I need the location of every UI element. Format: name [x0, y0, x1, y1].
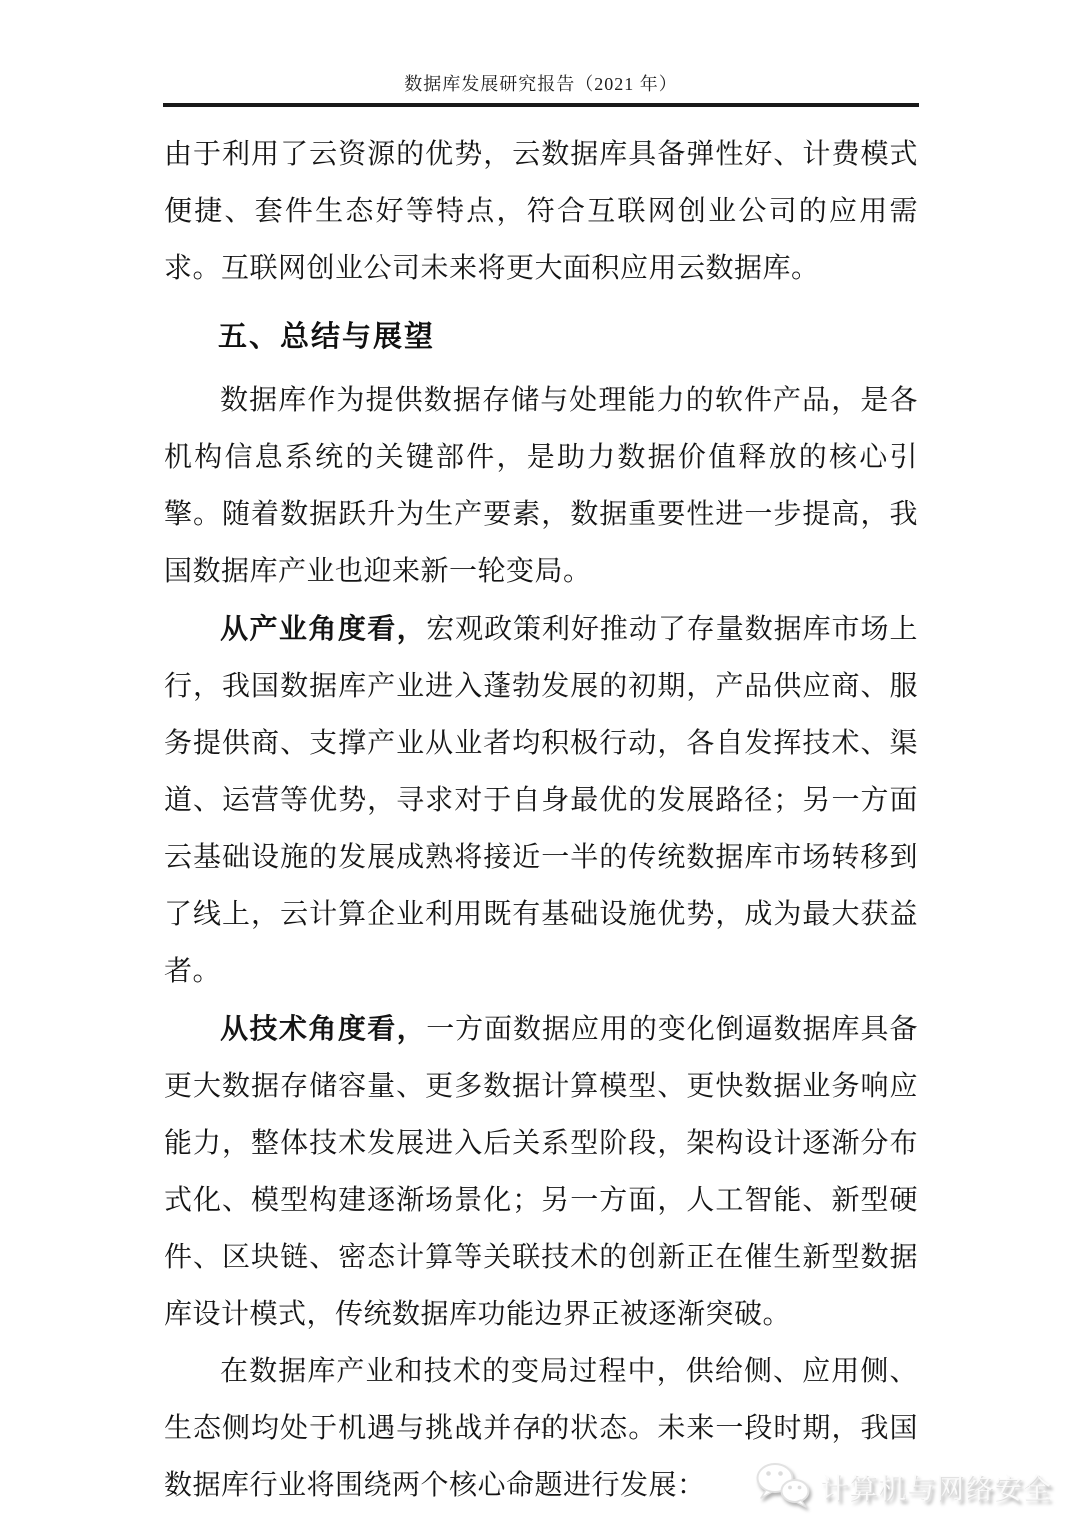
paragraph-industry-perspective: 从产业角度看，宏观政策利好推动了存量数据库市场上行，我国数据库产业进入蓬勃发展的…: [164, 600, 918, 1000]
page-number: 41: [0, 1416, 1080, 1439]
brand-watermark: 计算机与网络安全: [754, 1461, 1052, 1513]
paragraph-text-industry: 宏观政策利好推动了存量数据库市场上行，我国数据库产业进入蓬勃发展的初期，产品供应…: [164, 614, 918, 987]
paragraph-technology-perspective: 从技术角度看，一方面数据应用的变化倒逼数据库具备更大数据存储容量、更多数据计算模…: [164, 1000, 918, 1343]
paragraph-cloud-database: 由于利用了云资源的优势，云数据库具备弹性好、计费模式便捷、套件生态好等特点，符合…: [164, 126, 918, 297]
paragraph-lead-technology: 从技术角度看，: [220, 1013, 426, 1044]
wechat-icon: [754, 1461, 812, 1513]
report-header-title: 数据库发展研究报告（2021 年）: [163, 70, 919, 107]
document-page: 数据库发展研究报告（2021 年） 由于利用了云资源的优势，云数据库具备弹性好、…: [0, 0, 1080, 1527]
paragraph-text-technology: 一方面数据应用的变化倒逼数据库具备更大数据存储容量、更多数据计算模型、更快数据业…: [164, 1014, 918, 1330]
brand-watermark-label: 计算机与网络安全: [820, 1467, 1052, 1507]
section-heading-summary-outlook: 五、总结与展望: [164, 309, 918, 366]
page-body: 由于利用了云资源的优势，云数据库具备弹性好、计费模式便捷、套件生态好等特点，符合…: [164, 126, 918, 1514]
paragraph-database-role: 数据库作为提供数据存储与处理能力的软件产品，是各机构信息系统的关键部件，是助力数…: [164, 372, 918, 600]
paragraph-lead-industry: 从产业角度看，: [220, 613, 426, 644]
